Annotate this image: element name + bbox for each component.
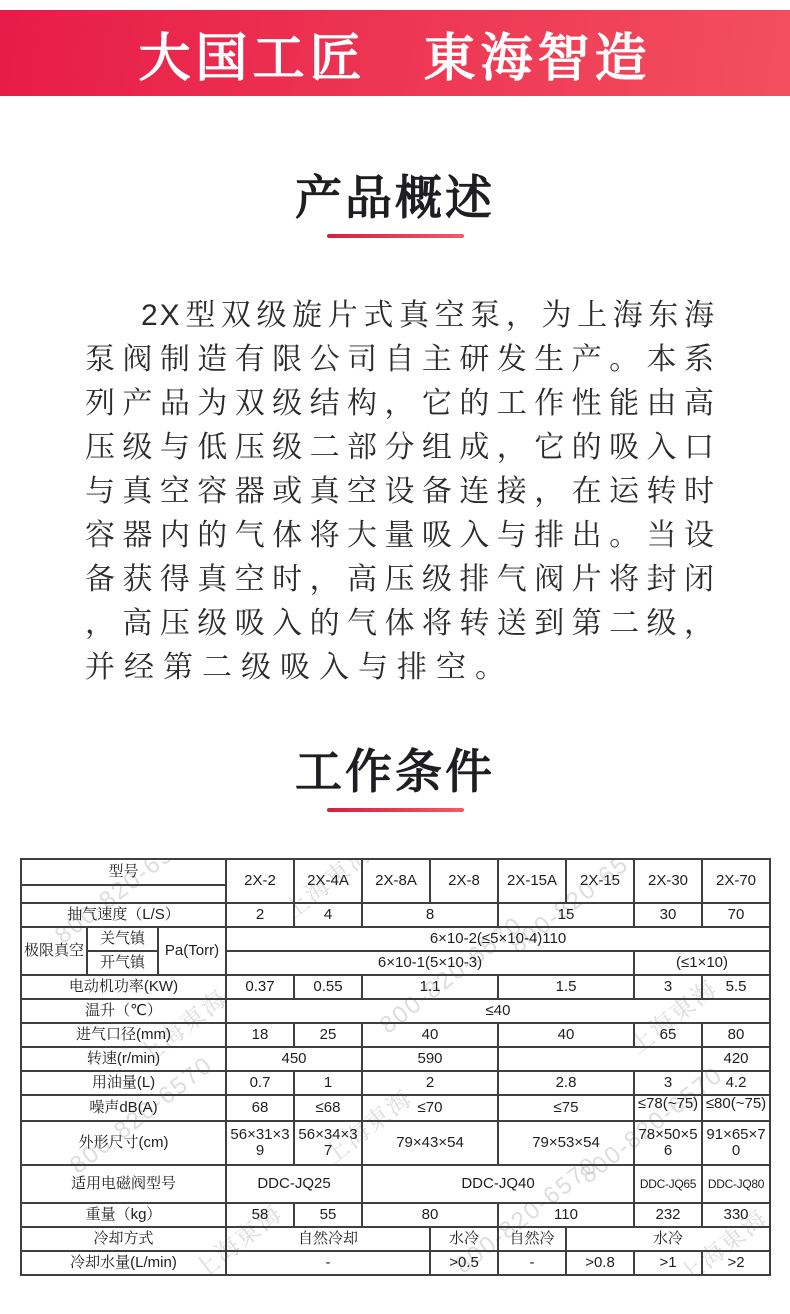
spec-cell-text: 2 xyxy=(426,1074,434,1091)
spec-cell: - xyxy=(226,1251,430,1275)
spec-cell: 79×53×54 xyxy=(498,1121,634,1165)
spec-cell: DDC-JQ80 xyxy=(702,1165,770,1203)
model-header: 2X-2 xyxy=(226,859,294,903)
spec-cell: 1.1 xyxy=(362,975,498,999)
spec-cell-text: 590 xyxy=(418,1050,443,1067)
table-row: 进气口径(mm)182540406580 xyxy=(21,1023,770,1047)
spec-cell: 4 xyxy=(294,903,362,927)
spec-cell-text: 40 xyxy=(422,1026,439,1043)
spec-cell: 40 xyxy=(498,1023,634,1047)
paragraph-line: 备获得真空时，高压级排气阀片将封闭 xyxy=(85,558,716,602)
spec-cell: 91×65×70 xyxy=(702,1121,770,1165)
spec-cell-text: 进气口径(mm) xyxy=(76,1026,171,1043)
spec-cell: 110 xyxy=(498,1203,634,1227)
spec-cell-text: 2X-2 xyxy=(244,872,276,889)
spec-cell: >0.8 xyxy=(566,1251,634,1275)
spec-cell-text: 抽气速度（L/S） xyxy=(67,906,180,923)
row-label: 开气镇 xyxy=(87,951,158,975)
paragraph-line: 容器内的气体将大量吸入与排出。当设 xyxy=(85,514,716,558)
row-label: 适用电磁阀型号 xyxy=(21,1165,226,1203)
spec-cell: 0.55 xyxy=(294,975,362,999)
spec-cell: 25 xyxy=(294,1023,362,1047)
spec-cell-text: 极限真空 xyxy=(24,942,84,959)
spec-cell: 68 xyxy=(226,1095,294,1121)
spec-cell-text: ≤70 xyxy=(418,1099,443,1116)
spec-cell: 40 xyxy=(362,1023,498,1047)
spec-cell: 2.8 xyxy=(498,1071,634,1095)
spec-cell-text: 79×43×54 xyxy=(396,1134,464,1151)
spec-cell-text: ≤80(~75) xyxy=(705,1096,767,1120)
spec-cell: 80 xyxy=(702,1023,770,1047)
spec-cell: 0.37 xyxy=(226,975,294,999)
table-row: 开气镇6×10-1(5×10-3)(≤1×10) xyxy=(21,951,770,975)
spec-cell-text: 0.7 xyxy=(250,1074,271,1091)
row-label: Pa(Torr) xyxy=(158,927,226,975)
spec-cell-text: 4.2 xyxy=(726,1074,747,1091)
spec-cell-text: 80 xyxy=(422,1206,439,1223)
table-row: 适用电磁阀型号DDC-JQ25DDC-JQ40DDC-JQ65DDC-JQ80 xyxy=(21,1165,770,1203)
spec-cell-text: 40 xyxy=(558,1026,575,1043)
spec-cell: >2 xyxy=(702,1251,770,1275)
spec-cell-text: ≤40 xyxy=(486,1002,511,1019)
spec-cell-text: 30 xyxy=(660,906,677,923)
table-row: 温升（℃）≤40 xyxy=(21,999,770,1023)
spec-cell-text: ≤75 xyxy=(554,1099,579,1116)
spec-cell-text: 2X-8 xyxy=(448,872,480,889)
spec-cell: (≤1×10) xyxy=(634,951,770,975)
spec-cell-text: 型号 xyxy=(109,863,139,880)
spec-cell: >0.5 xyxy=(430,1251,498,1275)
row-label: 进气口径(mm) xyxy=(21,1023,226,1047)
overview-paragraph: 2X型双级旋片式真空泵，为上海东海泵阀制造有限公司自主研发生产。本系列产品为双级… xyxy=(85,294,716,690)
spec-cell-text: 2X-70 xyxy=(716,872,756,889)
conditions-section-title: 工作条件 xyxy=(0,744,790,800)
spec-cell-text: 开气镇 xyxy=(100,954,145,971)
table-row: 电动机功率(KW)0.370.551.11.535.5 xyxy=(21,975,770,999)
spec-cell: 58 xyxy=(226,1203,294,1227)
overview-section: 产品概述 2X型双级旋片式真空泵，为上海东海泵阀制造有限公司自主研发生产。本系列… xyxy=(0,170,790,690)
spec-cell-text: 91×65×70 xyxy=(706,1126,765,1159)
spec-cell-text: 冷却方式 xyxy=(94,1230,154,1247)
spec-cell: ≤78(~75) xyxy=(634,1095,702,1121)
paragraph-line: 并经第二级吸入与排空。 xyxy=(85,646,716,690)
spec-cell-text: 冷却水量(L/min) xyxy=(70,1254,177,1271)
spec-cell-text: 15 xyxy=(558,906,575,923)
spec-cell: ≤70 xyxy=(362,1095,498,1121)
spec-cell: 6×10-1(5×10-3) xyxy=(226,951,634,975)
model-header: 2X-8 xyxy=(430,859,498,903)
table-row: 极限真空关气镇Pa(Torr)6×10-2(≤5×10-4)110 xyxy=(21,927,770,951)
spec-cell-text: 水冷 xyxy=(653,1230,683,1247)
spec-cell-text: 68 xyxy=(252,1099,269,1116)
spec-cell: 330 xyxy=(702,1203,770,1227)
spec-cell: 水冷 xyxy=(430,1227,498,1251)
spec-cell-text: >1 xyxy=(659,1254,676,1271)
spec-cell-text: 56×31×39 xyxy=(230,1126,289,1159)
spec-cell-text: DDC-JQ80 xyxy=(708,1177,764,1191)
spec-cell-text: 温升（℃） xyxy=(85,1002,162,1019)
row-label: 噪声dB(A) xyxy=(21,1095,226,1121)
spec-cell-text: 0.37 xyxy=(245,978,274,995)
row-label: 关气镇 xyxy=(87,927,158,951)
spec-cell: 232 xyxy=(634,1203,702,1227)
spec-cell-text: 110 xyxy=(554,1206,578,1223)
spec-cell-text: 1.1 xyxy=(420,978,441,995)
spec-cell: 420 xyxy=(702,1047,770,1071)
spec-cell-text: 关气镇 xyxy=(100,930,145,947)
row-label: 温升（℃） xyxy=(21,999,226,1023)
spec-cell: 1.5 xyxy=(498,975,634,999)
spec-cell: 水冷 xyxy=(566,1227,770,1251)
spec-cell-text: Pa(Torr) xyxy=(165,942,219,959)
row-label: 极限真空 xyxy=(21,927,87,975)
spec-cell-text: >0.8 xyxy=(585,1254,615,1271)
spec-cell: 79×43×54 xyxy=(362,1121,498,1165)
spec-cell-text: 自然冷 xyxy=(510,1230,555,1247)
spec-cell-text: 18 xyxy=(252,1026,269,1043)
table-row: 噪声dB(A)68≤68≤70≤75≤78(~75)≤80(~75) xyxy=(21,1095,770,1121)
spec-cell: 55 xyxy=(294,1203,362,1227)
spec-cell: 56×31×39 xyxy=(226,1121,294,1165)
spec-cell: 自然冷却 xyxy=(226,1227,430,1251)
model-header: 2X-30 xyxy=(634,859,702,903)
spec-cell-text: 6×10-2(≤5×10-4)110 xyxy=(430,930,566,947)
row-label: 转速(r/min) xyxy=(21,1047,226,1071)
spec-cell-text: 6×10-1(5×10-3) xyxy=(378,954,482,971)
table-row: 冷却水量(L/min)->0.5->0.8>1>2 xyxy=(21,1251,770,1275)
row-label: 冷却水量(L/min) xyxy=(21,1251,226,1275)
table-row: 冷却方式自然冷却水冷自然冷水冷 xyxy=(21,1227,770,1251)
spec-cell: 6×10-2(≤5×10-4)110 xyxy=(226,927,770,951)
spec-cell-text: 330 xyxy=(724,1206,749,1223)
table-row: 重量（kg）585580110232330 xyxy=(21,1203,770,1227)
title-underline xyxy=(327,234,464,238)
spec-cell xyxy=(498,1047,702,1071)
spec-cell-text: 5.5 xyxy=(726,978,747,995)
spec-cell: 自然冷 xyxy=(498,1227,566,1251)
spec-cell: ≤68 xyxy=(294,1095,362,1121)
spec-cell-text: 78×50×56 xyxy=(638,1126,697,1159)
model-header: 2X-70 xyxy=(702,859,770,903)
table-row: 转速(r/min)450590420 xyxy=(21,1047,770,1071)
spec-cell-text: 2X-8A xyxy=(375,872,417,889)
spec-cell-text: 70 xyxy=(728,906,745,923)
spec-cell-text: 3 xyxy=(664,1074,672,1091)
spec-cell-text: - xyxy=(530,1254,535,1271)
spec-cell-text: 80 xyxy=(728,1026,745,1043)
spec-cell-text: 1 xyxy=(324,1074,332,1091)
spec-cell-text: 适用电磁阀型号 xyxy=(71,1175,176,1192)
spec-cell-text: 65 xyxy=(660,1026,677,1043)
spec-cell: >1 xyxy=(634,1251,702,1275)
spec-cell: 2 xyxy=(362,1071,498,1095)
top-margin-strip xyxy=(0,0,790,10)
spec-cell: 30 xyxy=(634,903,702,927)
spec-cell-text: 0.55 xyxy=(313,978,342,995)
spec-cell-text: 8 xyxy=(426,906,434,923)
spec-cell: 15 xyxy=(498,903,634,927)
spec-cell: 18 xyxy=(226,1023,294,1047)
spec-cell-text: 56×34×37 xyxy=(298,1126,357,1159)
paragraph-line: ，高压级吸入的气体将转送到第二级， xyxy=(85,602,716,646)
table-row: 型号2X-22X-4A2X-8A2X-82X-15A2X-152X-302X-7… xyxy=(21,859,770,885)
spec-cell-text: 420 xyxy=(724,1050,749,1067)
spec-cell: ≤40 xyxy=(226,999,770,1023)
spec-cell: 3 xyxy=(634,1071,702,1095)
spec-cell-text: 55 xyxy=(320,1206,337,1223)
spec-cell: 590 xyxy=(362,1047,498,1071)
top-banner: 大国工匠 東海智造 xyxy=(0,10,790,96)
spec-cell-text: 1.5 xyxy=(556,978,577,995)
spec-cell-text: 电动机功率(KW) xyxy=(69,978,178,995)
conditions-section: 工作条件 800-820-6570上海東海800-820-6570上海東海800… xyxy=(0,744,790,1276)
model-header: 2X-8A xyxy=(362,859,430,903)
spec-cell-text: 用油量(L) xyxy=(92,1074,155,1091)
spec-cell-text: 25 xyxy=(320,1026,337,1043)
spec-cell: 3 xyxy=(634,975,702,999)
spec-cell-text: ≤78(~75) xyxy=(637,1096,699,1120)
spec-cell-text: 噪声dB(A) xyxy=(89,1099,157,1116)
overview-section-title: 产品概述 xyxy=(0,170,790,226)
spec-cell: 65 xyxy=(634,1023,702,1047)
spec-cell: DDC-JQ65 xyxy=(634,1165,702,1203)
row-label: 冷却方式 xyxy=(21,1227,226,1251)
spec-cell: DDC-JQ40 xyxy=(362,1165,634,1203)
model-header: 2X-15A xyxy=(498,859,566,903)
spec-cell: 2 xyxy=(226,903,294,927)
row-label xyxy=(21,885,226,903)
model-header: 2X-15 xyxy=(566,859,634,903)
spec-cell-text: 转速(r/min) xyxy=(87,1050,160,1067)
spec-cell-text: >0.5 xyxy=(449,1254,479,1271)
paragraph-line: 2X型双级旋片式真空泵，为上海东海 xyxy=(85,294,716,338)
spec-cell-text: 232 xyxy=(656,1206,681,1223)
spec-cell-text: 2X-15A xyxy=(507,872,557,889)
row-label: 电动机功率(KW) xyxy=(21,975,226,999)
title-underline xyxy=(327,808,464,812)
spec-cell: 0.7 xyxy=(226,1071,294,1095)
paragraph-line: 列产品为双级结构，它的工作性能由高 xyxy=(85,382,716,426)
spec-cell-text: 水冷 xyxy=(449,1230,479,1247)
spec-cell: 70 xyxy=(702,903,770,927)
spec-cell-text: 外形尺寸(cm) xyxy=(79,1134,169,1151)
spec-cell: 8 xyxy=(362,903,498,927)
spec-cell: 4.2 xyxy=(702,1071,770,1095)
spec-cell-text: 2X-15 xyxy=(580,872,620,889)
spec-cell-text: (≤1×10) xyxy=(676,954,728,971)
spec-cell-text: 2.8 xyxy=(556,1074,577,1091)
spec-cell-text: 重量（kg） xyxy=(86,1206,162,1223)
spec-cell-text: DDC-JQ25 xyxy=(257,1175,330,1192)
spec-cell-text: 58 xyxy=(252,1206,269,1223)
spec-cell: ≤75 xyxy=(498,1095,634,1121)
spec-cell-text: - xyxy=(326,1254,331,1271)
spec-cell: 80 xyxy=(362,1203,498,1227)
row-label: 型号 xyxy=(21,859,226,885)
spec-cell-text: DDC-JQ40 xyxy=(461,1175,534,1192)
table-row: 抽气速度（L/S）248153070 xyxy=(21,903,770,927)
table-row: 外形尺寸(cm)56×31×3956×34×3779×43×5479×53×54… xyxy=(21,1121,770,1165)
spec-cell-text: 2 xyxy=(256,906,264,923)
spec-table: 型号2X-22X-4A2X-8A2X-82X-15A2X-152X-302X-7… xyxy=(20,858,771,1276)
spec-cell-text: 79×53×54 xyxy=(532,1134,600,1151)
paragraph-line: 与真空容器或真空设备连接，在运转时 xyxy=(85,470,716,514)
spec-cell-text: 4 xyxy=(324,906,332,923)
spec-cell: ≤80(~75) xyxy=(702,1095,770,1121)
spec-cell-text: 2X-4A xyxy=(307,872,349,889)
spec-table-wrap: 800-820-6570上海東海800-820-6570上海東海800-820-… xyxy=(20,858,770,1276)
row-label: 重量（kg） xyxy=(21,1203,226,1227)
row-label: 外形尺寸(cm) xyxy=(21,1121,226,1165)
spec-cell: 450 xyxy=(226,1047,362,1071)
spec-cell: DDC-JQ25 xyxy=(226,1165,362,1203)
row-label: 抽气速度（L/S） xyxy=(21,903,226,927)
model-header: 2X-4A xyxy=(294,859,362,903)
spec-cell: 1 xyxy=(294,1071,362,1095)
banner-title: 大国工匠 東海智造 xyxy=(138,16,651,91)
spec-cell: 56×34×37 xyxy=(294,1121,362,1165)
page: { "banner": { "title": "大国工匠 東海智造" }, "o… xyxy=(0,0,790,1314)
row-label: 用油量(L) xyxy=(21,1071,226,1095)
spec-cell-text: 2X-30 xyxy=(648,872,688,889)
spec-cell-text: ≤68 xyxy=(316,1099,341,1116)
spec-cell: 78×50×56 xyxy=(634,1121,702,1165)
paragraph-line: 压级与低压级二部分组成，它的吸入口 xyxy=(85,426,716,470)
paragraph-line: 泵阀制造有限公司自主研发生产。本系 xyxy=(85,338,716,382)
spec-cell-text: 自然冷却 xyxy=(298,1230,358,1247)
spec-cell: - xyxy=(498,1251,566,1275)
spec-cell-text: 450 xyxy=(282,1050,307,1067)
table-row: 用油量(L)0.7122.834.2 xyxy=(21,1071,770,1095)
spec-table-body: 型号2X-22X-4A2X-8A2X-82X-15A2X-152X-302X-7… xyxy=(21,859,770,1275)
spec-cell-text: >2 xyxy=(727,1254,744,1271)
spec-cell: 5.5 xyxy=(702,975,770,999)
spec-cell-text: 3 xyxy=(664,978,672,995)
spec-cell-text: DDC-JQ65 xyxy=(640,1177,696,1191)
